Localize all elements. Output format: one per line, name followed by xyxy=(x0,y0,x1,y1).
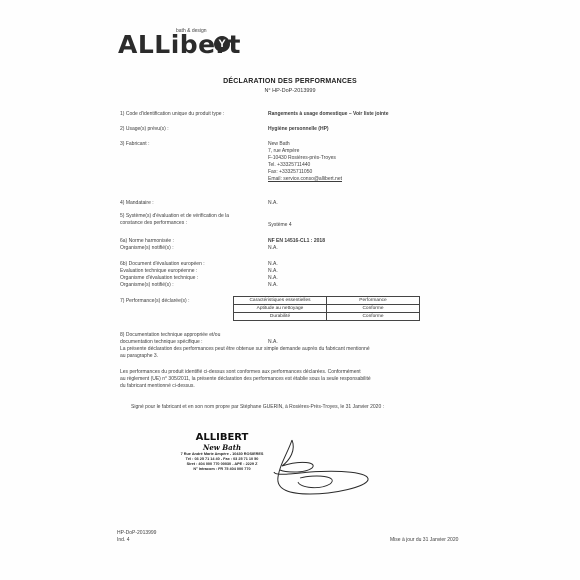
s6b-eval-label: Evaluation technique européenne : xyxy=(120,268,197,275)
logo-tagline: bath & design xyxy=(176,28,207,34)
manufacturer-name: New Bath xyxy=(268,141,290,148)
s6b-notif-label: Organisme(s) notifié(s) : xyxy=(120,282,174,289)
s7-label: 7) Performance(s) déclarée(s) : xyxy=(120,298,189,305)
s2-label: 2) Usage(s) prévu(s) : xyxy=(120,126,169,133)
s6b-doc-label: 6b) Document d'évaluation européen : xyxy=(120,261,205,268)
s4-value: N.A. xyxy=(268,200,278,207)
manufacturer-fax: Fax: +33325711050 xyxy=(268,169,312,176)
s6a-label: 6a) Norme harmonisée : xyxy=(120,238,174,245)
footer-index: Ind. 4 xyxy=(117,537,130,544)
handwritten-signature-icon xyxy=(270,432,380,502)
stamp-script: New Bath xyxy=(162,443,282,452)
conformity-p3: du fabricant mentionné ci-dessus. xyxy=(120,383,195,390)
s4-label: 4) Mandataire : xyxy=(120,200,154,207)
s8-note-2: au paragraphe 3. xyxy=(120,353,158,360)
s6a-org-label: Organisme(s) notifié(s) : xyxy=(120,245,174,252)
s6b-notif-value: N.A. xyxy=(268,282,278,289)
s6b-eval-value: N.A. xyxy=(268,268,278,275)
logo-person-icon: Y xyxy=(214,36,230,52)
s5-label-2: constance des performances : xyxy=(120,220,187,227)
s8-note-1: La présente déclaration des performances… xyxy=(120,346,370,353)
table-header-row: Caractéristiques essentielles Performanc… xyxy=(234,297,420,305)
conformity-p1: Les performances du produit identifié ci… xyxy=(120,369,361,376)
signature-statement: Signé pour le fabricant et en son nom pr… xyxy=(131,404,384,411)
stamp-intracom: N° Intracom : FR 75 404 000 770 xyxy=(162,467,282,472)
s8-label-2: documentation technique spécifique : xyxy=(120,339,203,346)
company-stamp: ALLIBERT New Bath 7 Rue André Marie Ampè… xyxy=(162,432,282,472)
row-performance: Conforme xyxy=(327,313,420,321)
table-row: Aptitude au nettoyage Conforme xyxy=(234,305,420,313)
s1-label: 1) Code d'identification unique du produ… xyxy=(120,111,224,118)
s1-value: Rangements à usage domestique – Voir lis… xyxy=(268,111,389,118)
s6b-org-value: N.A. xyxy=(268,275,278,282)
header-characteristics: Caractéristiques essentielles xyxy=(234,297,327,305)
s6b-org-label: Organisme d'évaluation technique : xyxy=(120,275,198,282)
s2-value: Hygiène personnelle (HP) xyxy=(268,126,329,133)
s6a-value: NF EN 14516-CL1 : 2018 xyxy=(268,238,325,245)
document-page: ALLibert bath & design Y DÉCLARATION DES… xyxy=(0,0,580,580)
manufacturer-email-link[interactable]: Email: service.conso@allibert.net xyxy=(268,176,342,183)
conformity-p2: au règlement (UE) n° 305/2011, la présen… xyxy=(120,376,371,383)
row-characteristic: Aptitude au nettoyage xyxy=(234,305,327,313)
table-row: Durabilité Conforme xyxy=(234,313,420,321)
performance-table: Caractéristiques essentielles Performanc… xyxy=(233,296,420,321)
s6a-org-value: N.A. xyxy=(268,245,278,252)
s3-label: 3) Fabricant : xyxy=(120,141,149,148)
row-characteristic: Durabilité xyxy=(234,313,327,321)
row-performance: Conforme xyxy=(327,305,420,313)
s5-value: Système 4 xyxy=(268,222,292,229)
document-number: N° HP-DoP-2013999 xyxy=(0,88,580,94)
header-performance: Performance xyxy=(327,297,420,305)
manufacturer-city: F-10430 Rosières-près-Troyes xyxy=(268,155,336,162)
manufacturer-street: 7, rue Ampère xyxy=(268,148,299,155)
stamp-brand: ALLIBERT xyxy=(162,432,282,443)
s8-value: N.A. xyxy=(268,339,278,346)
s5-label-1: 5) Système(s) d'évaluation et de vérific… xyxy=(120,213,229,220)
allibert-logo: ALLibert bath & design Y xyxy=(118,30,241,64)
s8-label-1: 8) Documentation technique appropriée et… xyxy=(120,332,220,339)
footer-ref: HP-DoP-2013999 xyxy=(117,530,156,537)
s6b-doc-value: N.A. xyxy=(268,261,278,268)
footer-updated: Mise à jour du 31 Janvier 2020 xyxy=(390,537,458,544)
page-title: DÉCLARATION DES PERFORMANCES xyxy=(0,78,580,85)
manufacturer-tel: Tel. +33325711440 xyxy=(268,162,310,169)
